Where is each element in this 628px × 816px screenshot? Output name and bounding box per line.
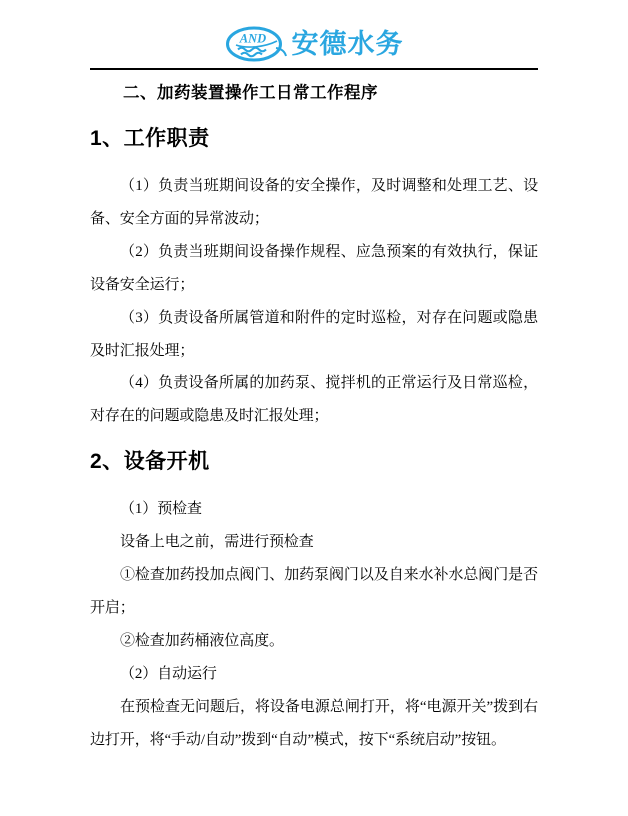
paragraph: （2）自动运行 — [90, 658, 538, 691]
paragraph: （2）负责当班期间设备操作规程、应急预案的有效执行，保证设备安全运行； — [90, 236, 538, 302]
section-body-1: （1）负责当班期间设备的安全操作，及时调整和处理工艺、设备、安全方面的异常波动；… — [90, 170, 538, 433]
paragraph: （1）预检查 — [90, 493, 538, 526]
paragraph: （4）负责设备所属的加药泵、搅拌机的正常运行及日常巡检，对存在的问题或隐患及时汇… — [90, 367, 538, 433]
paragraph: ②检查加药桶液位高度。 — [90, 625, 538, 658]
paragraph: 设备上电之前，需进行预检查 — [90, 526, 538, 559]
paragraph: （1）负责当班期间设备的安全操作，及时调整和处理工艺、设备、安全方面的异常波动； — [90, 170, 538, 236]
paragraph: 在预检查无问题后，将设备电源总闸打开，将“电源开关”拨到右边打开，将“手动/自动… — [90, 691, 538, 757]
and-water-logo-icon: AND — [225, 25, 289, 63]
section-work-duties: 1、工作职责 （1）负责当班期间设备的安全操作，及时调整和处理工艺、设备、安全方… — [90, 126, 538, 433]
logo-abbr-text: AND — [238, 32, 265, 46]
document-page: AND 安德水务 二、加药装置操作工日常工作程序 1、工作职责 （1）负责当班期… — [0, 0, 628, 816]
page-header: AND 安德水务 — [90, 26, 538, 70]
section-heading-2: 2、设备开机 — [90, 449, 538, 475]
doc-title: 二、加药装置操作工日常工作程序 — [90, 82, 538, 104]
section-body-2: （1）预检查 设备上电之前，需进行预检查 ①检查加药投加点阀门、加药泵阀门以及自… — [90, 493, 538, 756]
section-device-startup: 2、设备开机 （1）预检查 设备上电之前，需进行预检查 ①检查加药投加点阀门、加… — [90, 449, 538, 756]
section-heading-1: 1、工作职责 — [90, 126, 538, 152]
company-name: 安德水务 — [292, 31, 404, 58]
paragraph: （3）负责设备所属管道和附件的定时巡检，对存在问题或隐患及时汇报处理； — [90, 302, 538, 368]
paragraph: ①检查加药投加点阀门、加药泵阀门以及自来水补水总阀门是否开启； — [90, 559, 538, 625]
